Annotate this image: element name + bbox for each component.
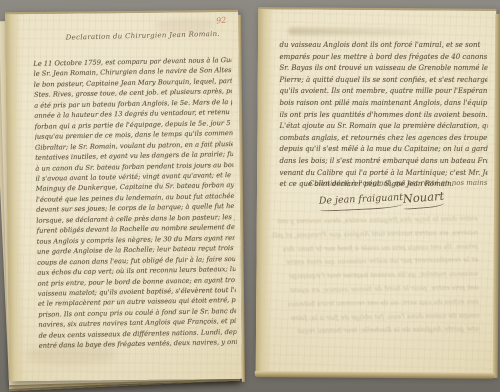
handwriting-line: ils ont pris les quantités d'hommes dont… <box>280 110 488 122</box>
signature-official: Nouart <box>402 190 445 210</box>
handwriting-line: combats anglais, et retournés chez les a… <box>280 133 488 145</box>
folio-number: 92 <box>216 16 227 25</box>
right-page: du vaisseau Anglois dont ils ont forcé l… <box>257 8 495 372</box>
document-title: Declaration du Chirurgien Jean Romain. <box>55 30 230 43</box>
binding-edge <box>5 14 25 381</box>
handwriting-line: depuis qu'il s'est mêlé à la mue du Capi… <box>280 144 488 156</box>
handwriting-line: bois raison ont pillé mais maintenant An… <box>280 98 488 110</box>
handwriting-line: qu'ils avoient. Ils ont membre, quatre m… <box>280 86 488 98</box>
collation-note: Collationné à l'original, qui est resté … <box>309 178 489 190</box>
signature-clerk: De jean fraiguant <box>319 193 404 212</box>
right-page-sheet: du vaisseau Anglois dont ils ont forcé l… <box>256 7 497 375</box>
ghost-line: une garde Angloise de la Rochelle; leur … <box>273 323 479 340</box>
handwriting-line: du vaisseau Anglois dont ils ont forcé l… <box>280 40 488 52</box>
page-edge <box>238 15 245 382</box>
bleed-through-text: entré dans la baye des frégates ventés, … <box>272 213 480 342</box>
right-page-text: du vaisseau Anglois dont ils ont forcé l… <box>280 40 488 196</box>
left-page-sheet: 92 Declaration du Chirurgien Jean Romain… <box>5 10 242 381</box>
page-edge <box>255 371 495 379</box>
handwriting-line: L'état ajoute au Sr. Romain que la premi… <box>280 121 488 133</box>
handwriting-line: dans les bois; il s'est montré embarqué … <box>280 156 488 168</box>
left-page-text: Le 11 Octobre 1759, est comparu par deva… <box>33 55 237 359</box>
handwriting-line: Pierre; à quitté duquel ils se sont conf… <box>280 75 488 87</box>
handwriting-line: emparés pour les mettre à bord des fréga… <box>280 52 488 64</box>
handwriting-line: Sr. Bayas ils ont trouvé un vaisseau de … <box>280 63 488 75</box>
left-page: 92 Declaration du Chirurgien Jean Romain… <box>7 11 240 378</box>
manuscript-photo: 92 Declaration du Chirurgien Jean Romain… <box>0 0 500 392</box>
ink-smudge <box>288 27 438 36</box>
